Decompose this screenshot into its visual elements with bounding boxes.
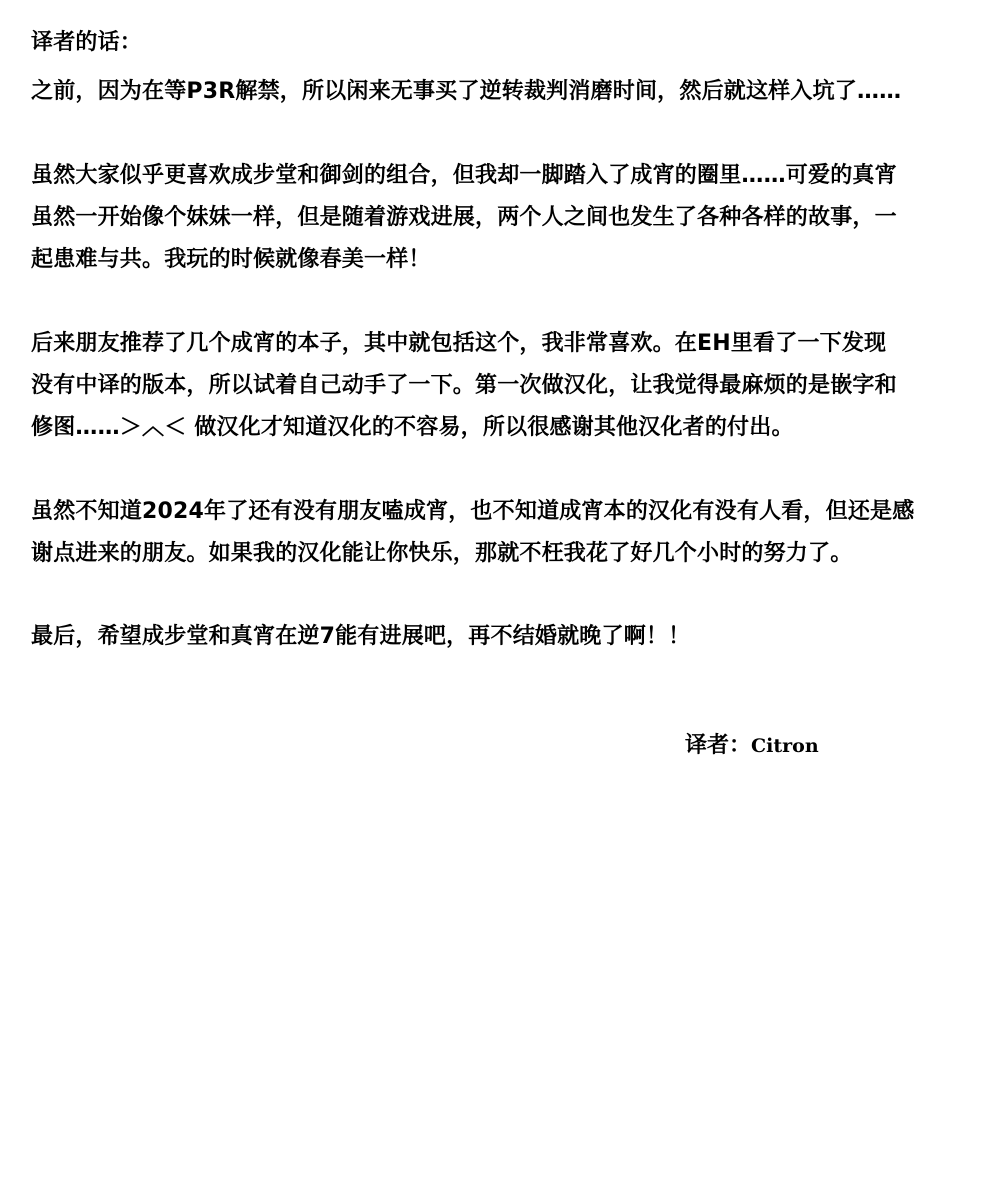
paragraph-line: 虽然大家似乎更喜欢成步堂和御剑的组合，但我却一脚踏入了成宵的圈里……可爱的真宵	[31, 162, 897, 190]
paragraph-line: 虽然一开始像个妹妹一样，但是随着游戏进展，两个人之间也发生了各种各样的故事，一	[31, 204, 897, 232]
translator-signature: 译者：Citron	[685, 732, 819, 760]
paragraph-line: 没有中译的版本，所以试着自己动手了一下。第一次做汉化，让我觉得最麻烦的是嵌字和	[31, 372, 897, 400]
paragraph-line: 修图……＞︿＜ 做汉化才知道汉化的不容易，所以很感谢其他汉化者的付出。	[31, 414, 794, 442]
signature-name: Citron	[751, 735, 819, 757]
signature-label: 译者：	[685, 733, 751, 758]
paragraph-line: 谢点进来的朋友。如果我的汉化能让你快乐，那就不枉我花了好几个小时的努力了。	[31, 540, 852, 568]
paragraph-line: 虽然不知道2024年了还有没有朋友嗑成宵，也不知道成宵本的汉化有没有人看，但还是…	[31, 498, 914, 526]
paragraph-line: 后来朋友推荐了几个成宵的本子，其中就包括这个，我非常喜欢。在EH里看了一下发现	[31, 330, 886, 358]
paragraph-line: 起患难与共。我玩的时候就像春美一样！	[31, 246, 431, 274]
paragraph-line: 之前，因为在等P3R解禁，所以闲来无事买了逆转裁判消磨时间，然后就这样入坑了……	[31, 78, 901, 106]
note-heading: 译者的话：	[31, 29, 142, 57]
paragraph-line: 最后，希望成步堂和真宵在逆7能有进展吧，再不结婚就晚了啊！！	[31, 623, 690, 651]
